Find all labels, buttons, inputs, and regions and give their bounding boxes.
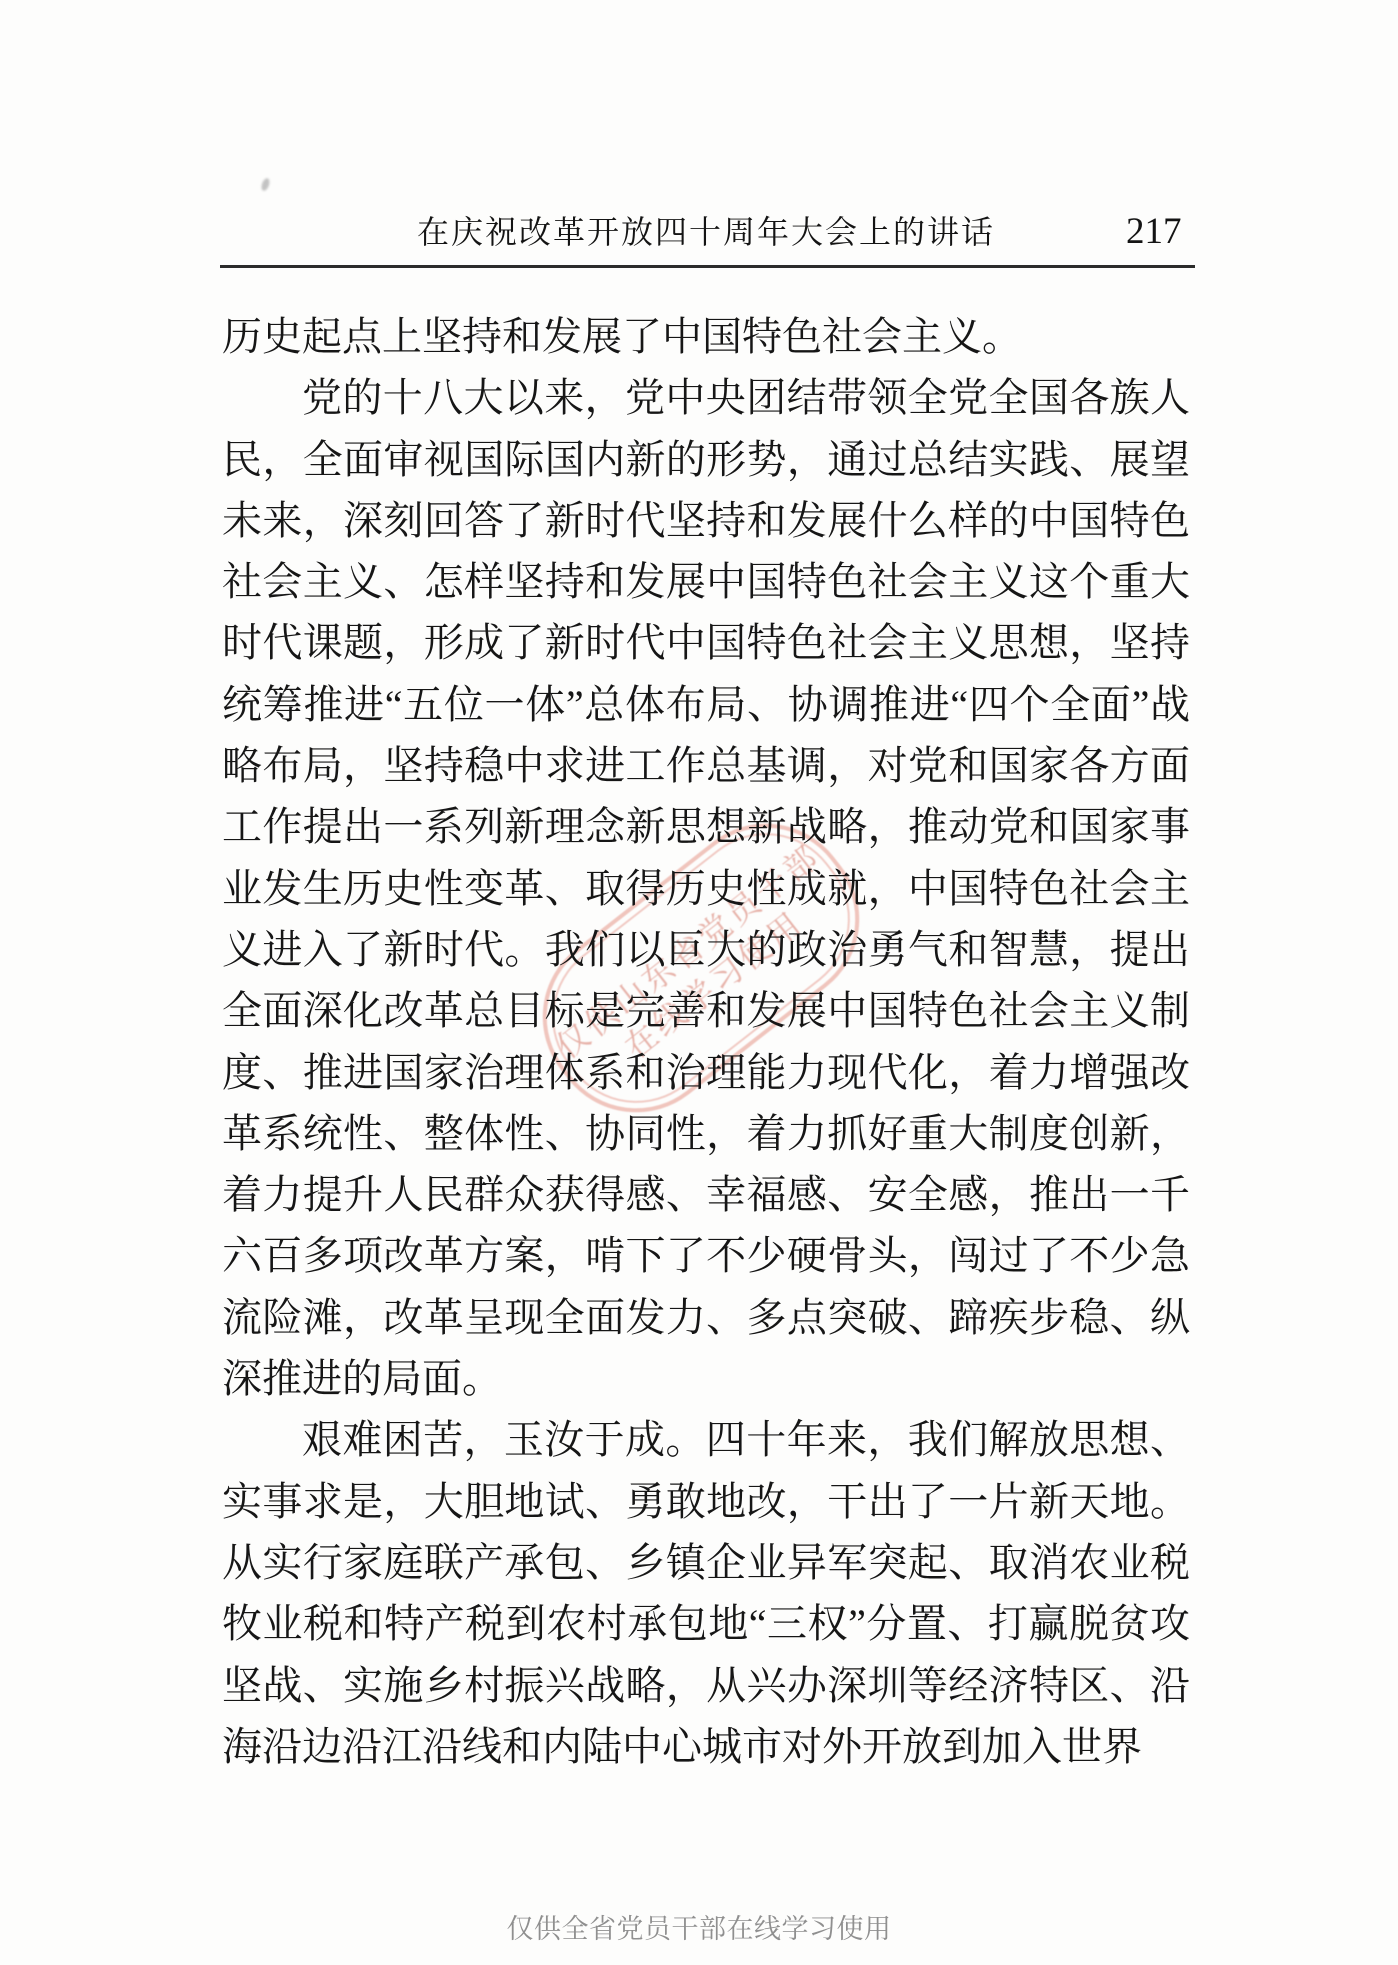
running-header-title: 在庆祝改革开放四十周年大会上的讲话: [222, 213, 1190, 251]
body-paragraph: 党的十八大以来，党中央团结带领全党全国各族人民，全面审视国际国内新的形势，通过总…: [222, 367, 1190, 1409]
page-number: 217: [1126, 212, 1182, 252]
body-paragraph: 历史起点上坚持和发展了中国特色社会主义。: [222, 306, 1190, 367]
body-text-block: 历史起点上坚持和发展了中国特色社会主义。 党的十八大以来，党中央团结带领全党全国…: [222, 306, 1190, 1777]
header-rule: [220, 265, 1195, 268]
scan-speck: [260, 177, 271, 192]
footer-usage-notice: 仅供全省党员干部在线学习使用: [0, 1913, 1398, 1945]
body-paragraph: 艰难困苦，玉汝于成。四十年来，我们解放思想、实事求是，大胆地试、勇敢地改，干出了…: [222, 1409, 1190, 1777]
book-page: 在庆祝改革开放四十周年大会上的讲话 217 仅供山东省党员干部 在线学习使用 历…: [0, 0, 1398, 1965]
